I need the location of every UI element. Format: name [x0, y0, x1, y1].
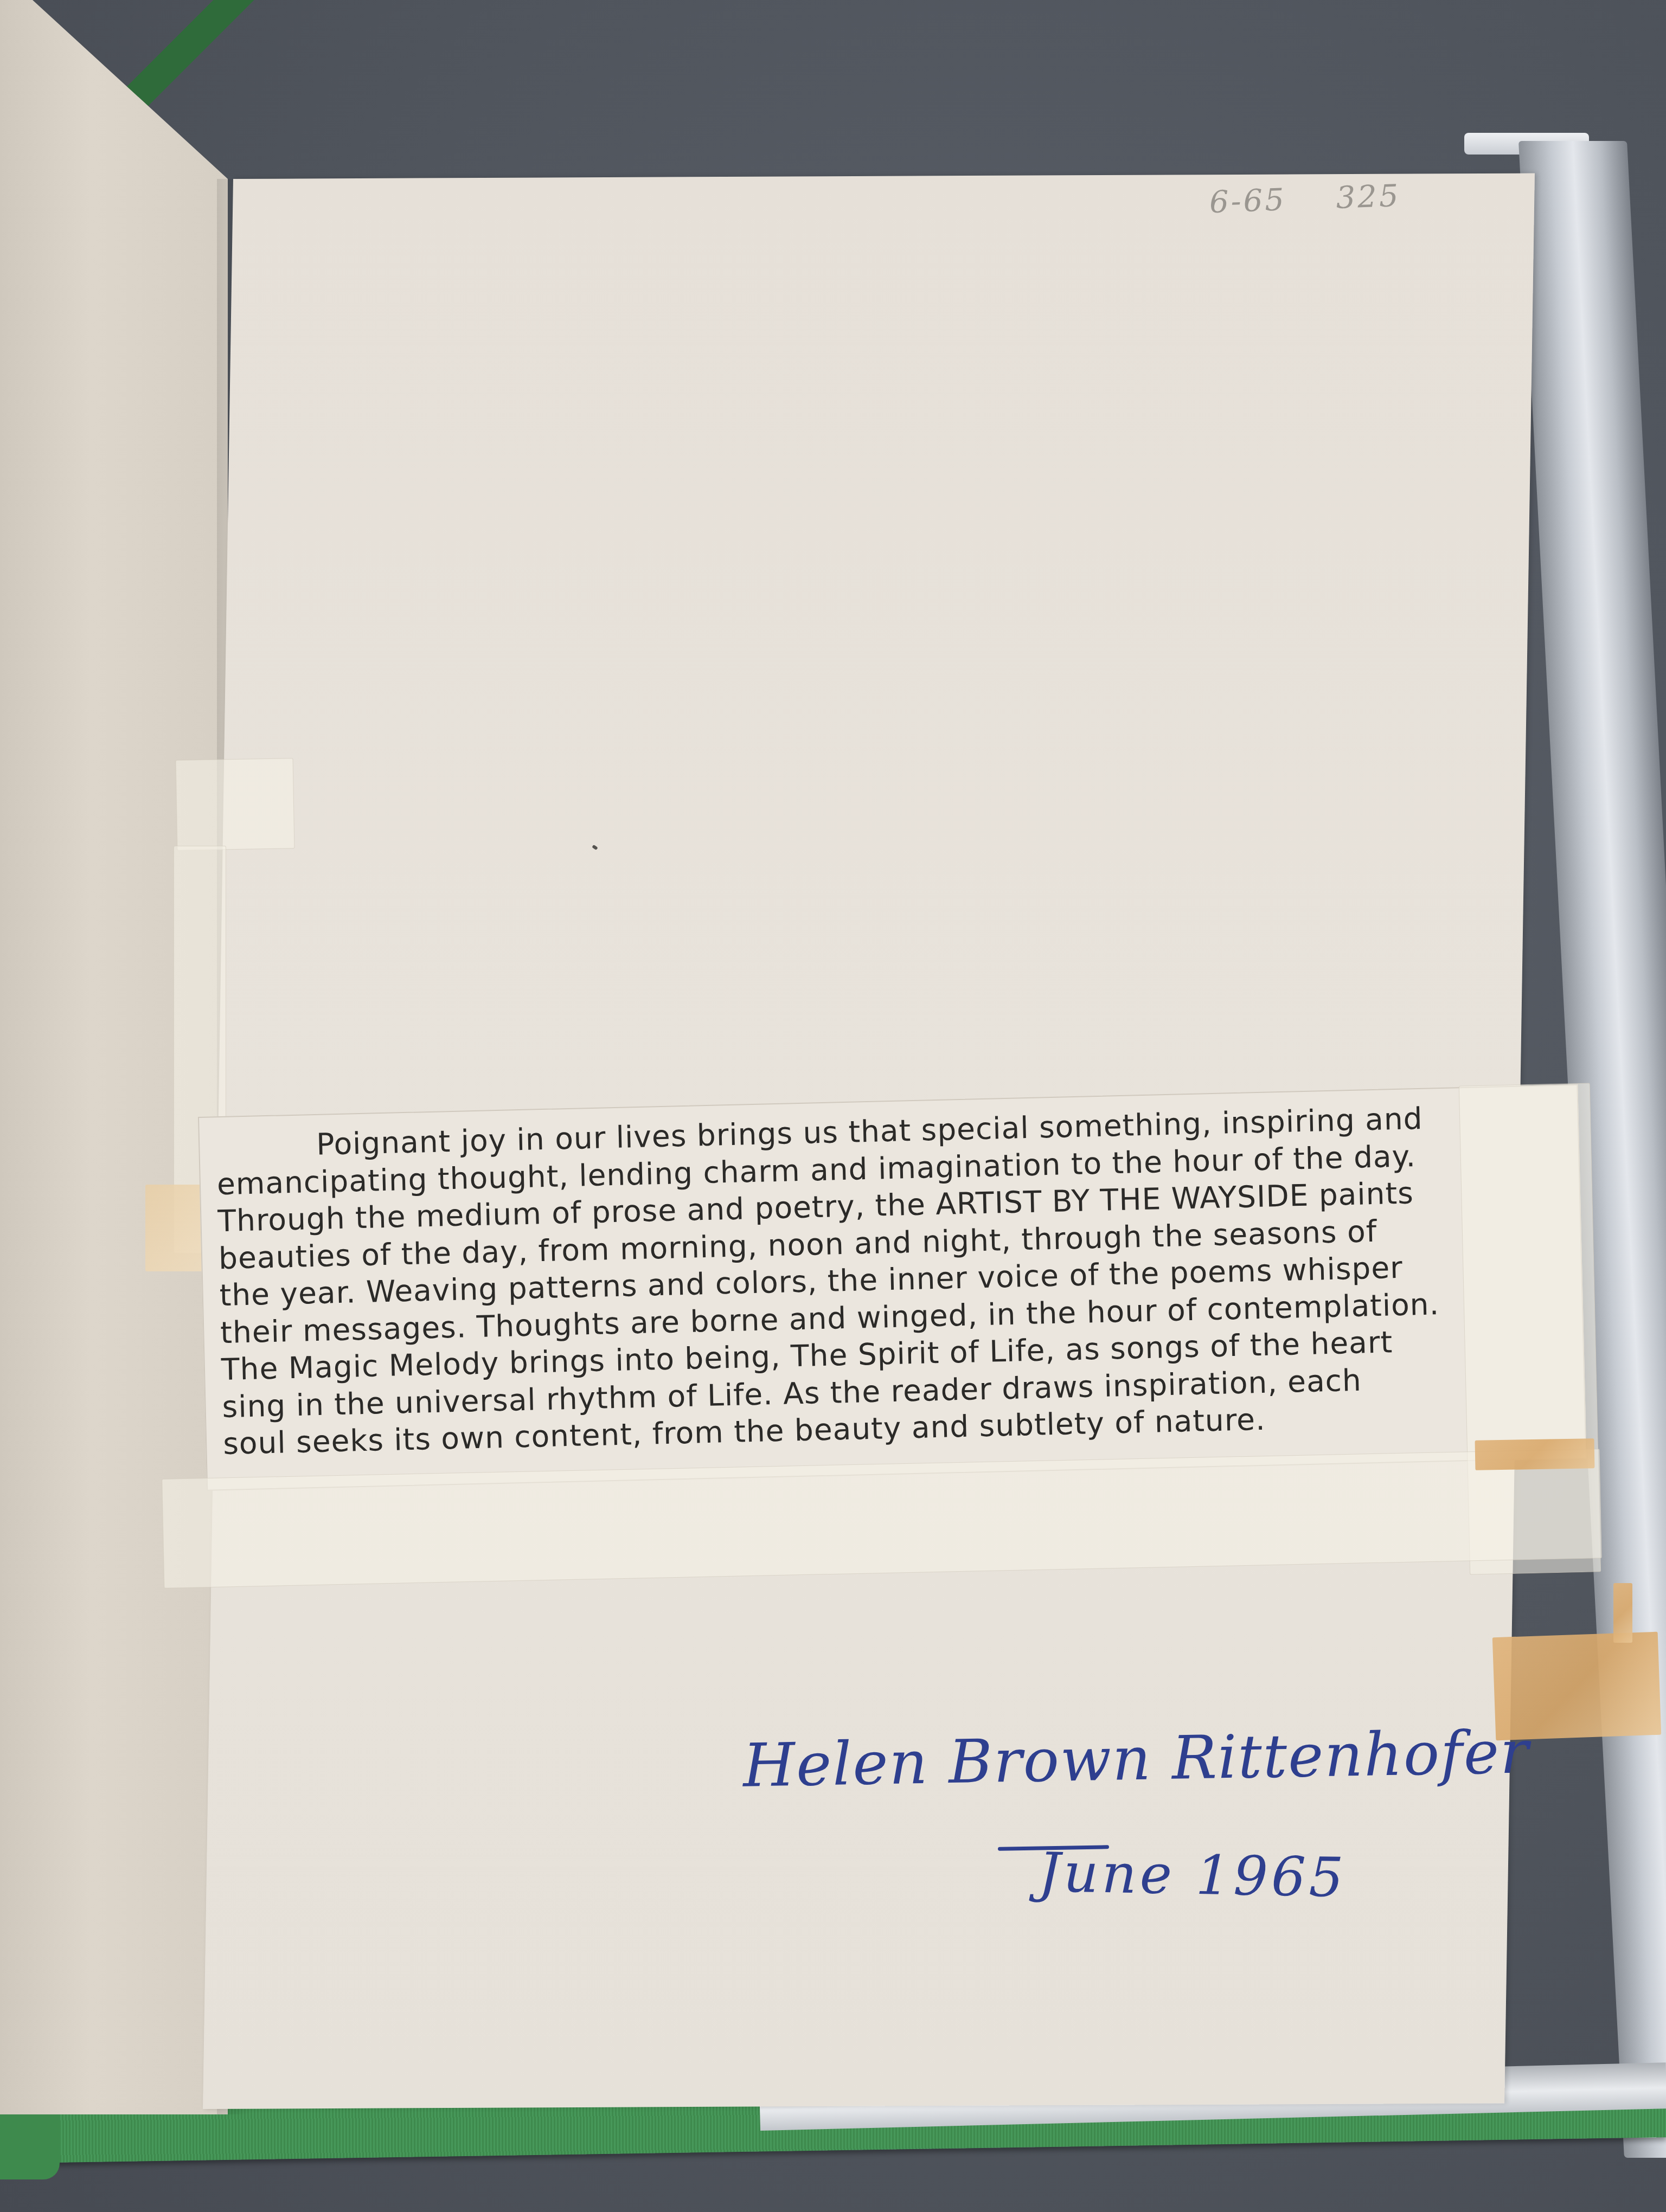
handwritten-signature: Helen Brown Rittenhofer — [742, 1717, 1530, 1800]
aged-tape-lower-right-tab — [1613, 1583, 1632, 1643]
blurb-text: Poignant joy in our lives brings us that… — [216, 1097, 1564, 1463]
clear-tape-upper-left — [176, 758, 295, 851]
handwritten-date: June 1965 — [1038, 1841, 1347, 1909]
aged-tape-left-edge — [145, 1185, 205, 1271]
book-photo-scene: 6-65 325 Poignant joy in our lives bring… — [0, 0, 1666, 2212]
printed-blurb-clipping: Poignant joy in our lives brings us that… — [198, 1084, 1587, 1491]
aged-tape-right-bottom — [1475, 1438, 1595, 1470]
pencil-catalog-note: 6-65 325 — [1209, 178, 1401, 220]
